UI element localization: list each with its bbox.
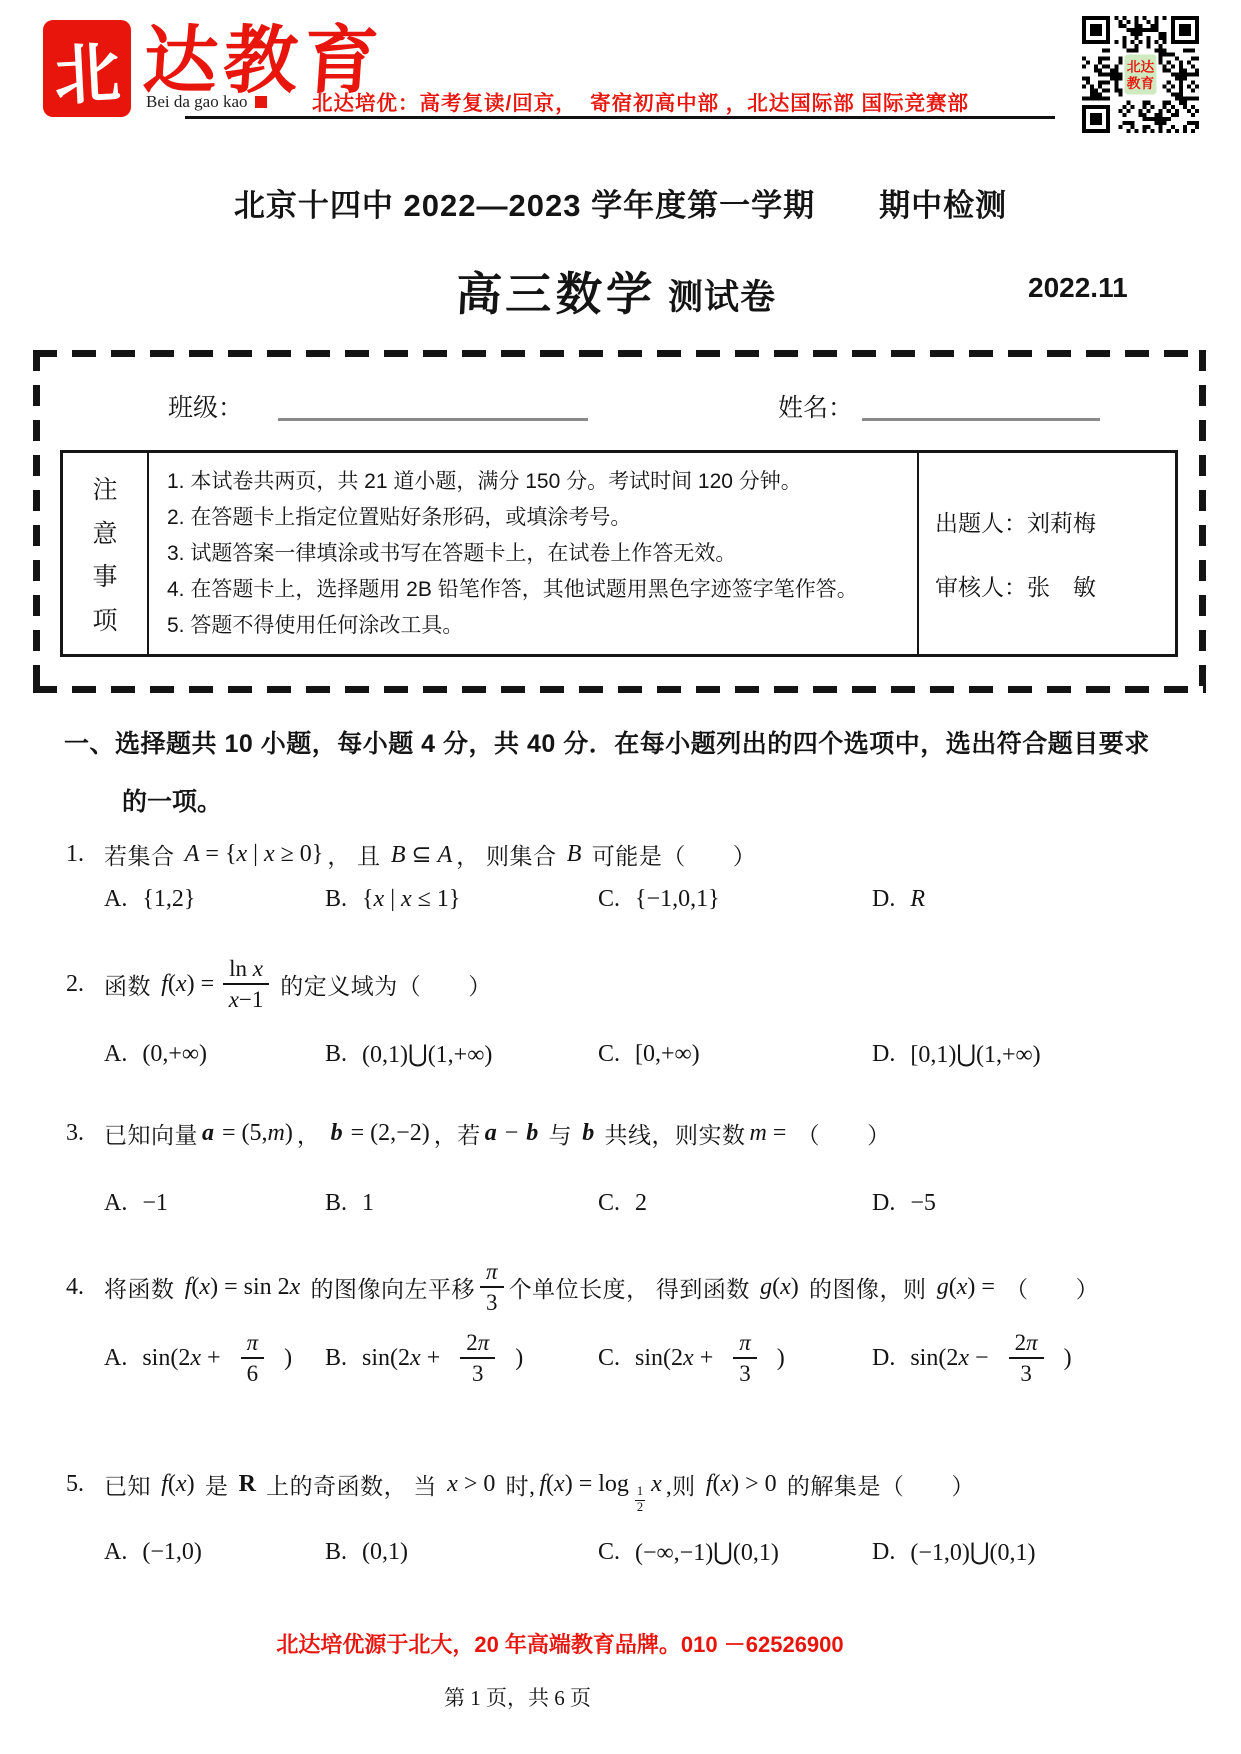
option-label: D. <box>872 886 895 913</box>
option-a: A.(0,+∞) <box>104 1041 325 1068</box>
stem-text: 函数 <box>104 968 157 1001</box>
math-expression: ) <box>1064 1345 1072 1372</box>
question-number: 2. <box>66 971 104 998</box>
math-expression: −1 <box>142 1190 168 1217</box>
math-expression: f(x) <box>161 1471 194 1498</box>
math-expression: 1 <box>362 1190 374 1217</box>
question-stem: 5.已知 f(x) 是 R 上的奇函数， 当 x > 0 时,f(x) = lo… <box>66 1438 1196 1530</box>
option-label: D. <box>872 1041 895 1068</box>
notice-char: 项 <box>92 601 117 637</box>
math-expression: = (5,m) <box>222 1120 293 1147</box>
option-a: A.−1 <box>104 1190 325 1217</box>
header-slogan: 北达培优：高考复读/回京， 寄宿初高中部 ，北达国际部 国际竞赛部 <box>312 86 969 116</box>
stem-text: 是 <box>199 1468 235 1501</box>
stem-text: 若集合 <box>104 838 181 871</box>
option-label: A. <box>104 1041 127 1068</box>
option-label: D. <box>872 1190 895 1217</box>
course-name: 高三数学 <box>454 258 657 324</box>
question-number: 5. <box>66 1471 104 1498</box>
stem-text: 的图像，则 <box>803 1271 933 1304</box>
exam-date: 2022.11 <box>1028 272 1128 304</box>
vector-symbol: a <box>202 1120 214 1147</box>
option-label: C. <box>598 1041 620 1068</box>
option-d: D.R <box>872 886 1196 913</box>
dashed-border-right <box>1199 350 1206 693</box>
math-expression: (0,1)⋃(1,+∞) <box>362 1040 492 1069</box>
option-b: B.1 <box>325 1190 598 1217</box>
header-divider <box>185 116 1055 119</box>
option-b: B.{x | x ≤ 1} <box>325 886 598 913</box>
stem-text: 时, <box>499 1468 535 1501</box>
math-expression: f(x) = log <box>539 1471 629 1498</box>
option-b: B.sin(2x +2π3) <box>325 1330 598 1387</box>
question-3: 3.已知向量a= (5,m)， b= (2,−2)，若a−b 与 b 共线，则实… <box>66 1112 1196 1217</box>
math-expression: g(x) = <box>937 1274 995 1301</box>
options-row: A.(−1,0)B.(0,1)C.(−∞,−1)⋃(0,1)D.(−1,0)⋃(… <box>66 1538 1196 1567</box>
exam-title: 北京十四中 2022—2023 学年度第一学期 期中检测 <box>0 180 1241 225</box>
stem-text: 已知 <box>104 1468 157 1501</box>
vector-symbol: b <box>526 1120 538 1147</box>
fraction: π3 <box>733 1330 757 1387</box>
stem-text: 的解集是（ ） <box>781 1468 975 1501</box>
math-expression: A = {x | x ≥ 0} <box>185 841 324 868</box>
class-blank-line <box>278 418 588 421</box>
page-footer: 第 1 页，共 6 页 <box>0 1682 1035 1712</box>
option-label: B. <box>325 1345 347 1372</box>
note-item-1: 1. 本试卷共两页，共 21 道小题，满分 150 分。考试时间 120 分钟。 <box>167 464 899 500</box>
question-number: 1. <box>66 841 104 868</box>
question-5: 5.已知 f(x) 是 R 上的奇函数， 当 x > 0 时,f(x) = lo… <box>66 1438 1196 1567</box>
question-1: 1.若集合 A = {x | x ≥ 0}， 且 B ⊆ A， 则集合 B 可能… <box>66 833 1196 913</box>
math-expression: sin(2x + <box>362 1345 440 1372</box>
math-expression: 2 <box>635 1190 647 1217</box>
stem-text: 的定义域为（ ） <box>274 968 492 1001</box>
option-c: C.[0,+∞) <box>598 1041 872 1068</box>
option-label: A. <box>104 1539 127 1566</box>
fraction: π6 <box>241 1330 265 1387</box>
math-expression: sin(2x − <box>910 1345 988 1372</box>
name-label: 姓名： <box>778 388 853 424</box>
option-d: D.(−1,0)⋃(0,1) <box>872 1538 1196 1567</box>
option-label: A. <box>104 1345 127 1372</box>
question-2: 2.函数 f(x) =ln xx−1 的定义域为（ ）A.(0,+∞)B.(0,… <box>66 938 1196 1069</box>
math-expression: f(x) > 0 <box>706 1471 777 1498</box>
option-b: B.(0,1)⋃(1,+∞) <box>325 1040 598 1069</box>
option-label: C. <box>598 886 620 913</box>
vector-symbol: b <box>331 1120 343 1147</box>
math-expression: {x | x ≤ 1} <box>362 886 460 913</box>
option-d: D.−5 <box>872 1190 1196 1217</box>
option-c: C.2 <box>598 1190 872 1217</box>
stem-text: ，若 <box>434 1117 481 1150</box>
brand-subtext: Bei da gao kao <box>146 92 267 112</box>
setter-name: 出题人：刘莉梅 <box>935 505 1175 538</box>
question-stem: 4.将函数 f(x) = sin 2x 的图像向左平移π3个单位长度， 得到函数… <box>66 1248 1196 1326</box>
math-expression: −5 <box>910 1190 936 1217</box>
options-row: A.{1,2}B.{x | x ≤ 1}C.{−1,0,1}D.R <box>66 886 1196 913</box>
stem-text: 个单位长度， 得到函数 <box>509 1271 757 1304</box>
math-expression: m = <box>749 1120 786 1147</box>
svg-text:北达: 北达 <box>1127 59 1155 75</box>
brand-pinyin: Bei da gao kao <box>146 92 248 112</box>
dashed-border-bottom <box>33 686 1206 693</box>
stem-text: ,则 <box>666 1468 702 1501</box>
notice-char: 意 <box>92 514 117 550</box>
fraction: π3 <box>480 1259 504 1316</box>
option-label: B. <box>325 1539 347 1566</box>
math-expression: x > 0 <box>447 1471 495 1498</box>
question-stem: 2.函数 f(x) =ln xx−1 的定义域为（ ） <box>66 938 1196 1030</box>
option-label: A. <box>104 1190 127 1217</box>
fraction: 12 <box>635 1485 645 1515</box>
exam-staff: 出题人：刘莉梅 审核人：张 敏 <box>919 453 1175 654</box>
option-label: A. <box>104 886 127 913</box>
notice-list: 1. 本试卷共两页，共 21 道小题，满分 150 分。考试时间 120 分钟。… <box>149 453 919 654</box>
option-label: B. <box>325 1041 347 1068</box>
question-4: 4.将函数 f(x) = sin 2x 的图像向左平移π3个单位长度， 得到函数… <box>66 1248 1196 1387</box>
stem-text: 上的奇函数， 当 <box>260 1468 443 1501</box>
option-a: A.sin(2x +π6) <box>104 1330 325 1387</box>
fraction: 2π3 <box>1009 1330 1044 1387</box>
option-a: A.(−1,0) <box>104 1539 325 1566</box>
note-item-2: 2. 在答题卡上指定位置贴好条形码，或填涂考号。 <box>167 500 899 536</box>
math-expression: (0,1) <box>362 1539 408 1566</box>
paper-type: 测试卷 <box>668 270 776 320</box>
option-label: B. <box>325 886 347 913</box>
section-header-line1: 一、选择题共 10 小题，每小题 4 分，共 40 分．在每小题列出的四个选项中… <box>64 724 1150 760</box>
brand-stamp-logo: 北 <box>45 22 129 115</box>
math-expression: {1,2} <box>142 886 195 913</box>
stem-text: （ ） <box>999 1271 1099 1304</box>
fraction: 2π3 <box>460 1330 495 1387</box>
option-label: B. <box>325 1190 347 1217</box>
math-expression: sin(2x + <box>635 1345 713 1372</box>
math-expression: ) <box>284 1345 292 1372</box>
stem-text: 已知向量 <box>104 1117 198 1150</box>
option-d: D.[0,1)⋃(1,+∞) <box>872 1040 1196 1069</box>
vector-symbol: a <box>485 1120 497 1147</box>
math-expression: f(x) = sin 2x <box>185 1274 301 1301</box>
option-c: C.{−1,0,1} <box>598 886 872 913</box>
option-a: A.{1,2} <box>104 886 325 913</box>
options-row: A.−1B.1C.2D.−5 <box>66 1190 1196 1217</box>
stem-text: ， 则集合 <box>456 838 563 871</box>
option-d: D.sin(2x −2π3) <box>872 1330 1196 1387</box>
math-expression: (−1,0)⋃(0,1) <box>910 1538 1035 1567</box>
stem-text: ， <box>297 1117 327 1150</box>
exam-page: 北 达教育 Bei da gao kao 北达培优：高考复读/回京， 寄宿初高中… <box>0 0 1241 1754</box>
option-c: C.sin(2x +π3) <box>598 1330 872 1387</box>
math-expression: [0,+∞) <box>635 1041 700 1068</box>
svg-text:教育: 教育 <box>1127 75 1155 91</box>
red-square-icon <box>255 96 267 108</box>
question-stem: 3.已知向量a= (5,m)， b= (2,−2)，若a−b 与 b 共线，则实… <box>66 1112 1196 1154</box>
math-expression: x <box>651 1471 662 1498</box>
notice-char: 注 <box>92 470 117 506</box>
section-header-line2: 的一项。 <box>122 782 222 818</box>
question-stem: 1.若集合 A = {x | x ≥ 0}， 且 B ⊆ A， 则集合 B 可能… <box>66 833 1196 875</box>
footer-promo: 北达培优源于北大，20 年高端教育品牌。010 －62526900 <box>0 1628 1120 1659</box>
math-expression: R <box>910 886 925 913</box>
stamp-character: 北 <box>52 19 123 117</box>
math-expression: ) <box>777 1345 785 1372</box>
name-blank-line <box>862 418 1100 421</box>
option-c: C.(−∞,−1)⋃(0,1) <box>598 1538 872 1567</box>
stem-text: （ ） <box>790 1117 890 1150</box>
stem-text: ， 且 <box>327 838 387 871</box>
stem-text: 与 <box>542 1117 578 1150</box>
class-label: 班级： <box>168 388 243 424</box>
notice-table: 注 意 事 项 1. 本试卷共两页，共 21 道小题，满分 150 分。考试时间… <box>60 450 1178 657</box>
math-expression: (−1,0) <box>142 1539 202 1566</box>
options-row: A.sin(2x +π6)B.sin(2x +2π3)C.sin(2x +π3)… <box>66 1330 1196 1387</box>
math-expression: {−1,0,1} <box>635 886 720 913</box>
math-expression: g(x) <box>760 1274 799 1301</box>
notice-char: 事 <box>92 557 117 593</box>
math-expression: B ⊆ A <box>391 840 452 869</box>
math-expression: B <box>567 841 582 868</box>
math-expression: (0,+∞) <box>142 1041 207 1068</box>
reviewer-name: 审核人：张 敏 <box>935 569 1175 602</box>
options-row: A.(0,+∞)B.(0,1)⋃(1,+∞)C.[0,+∞)D.[0,1)⋃(1… <box>66 1040 1196 1069</box>
stem-text: 的图像向左平移 <box>304 1271 475 1304</box>
option-label: C. <box>598 1190 620 1217</box>
math-expression: f(x) = <box>161 971 214 998</box>
fraction: ln xx−1 <box>223 956 269 1013</box>
option-b: B.(0,1) <box>325 1539 598 1566</box>
option-label: D. <box>872 1345 895 1372</box>
stem-text: 可能是（ ） <box>585 838 756 871</box>
math-expression: (−∞,−1)⋃(0,1) <box>635 1538 779 1567</box>
stem-text: 共线，则实数 <box>598 1117 745 1150</box>
note-item-3: 3. 试题答案一律填涂或书写在答题卡上，在试卷上作答无效。 <box>167 536 899 572</box>
note-item-5: 5. 答题不得使用任何涂改工具。 <box>167 608 899 644</box>
dashed-border-top <box>33 350 1206 357</box>
vector-symbol: b <box>582 1120 594 1147</box>
notice-title-vertical: 注 意 事 项 <box>63 453 149 654</box>
question-number: 3. <box>66 1120 104 1147</box>
note-item-4: 4. 在答题卡上，选择题用 2B 铅笔作答，其他试题用黑色字迹签字笔作答。 <box>167 572 899 608</box>
math-expression: [0,1)⋃(1,+∞) <box>910 1040 1040 1069</box>
question-number: 4. <box>66 1274 104 1301</box>
math-expression: sin(2x + <box>142 1345 220 1372</box>
option-label: C. <box>598 1345 620 1372</box>
qr-code: 北达教育 <box>1082 16 1199 133</box>
math-expression: − <box>505 1120 519 1147</box>
option-label: D. <box>872 1539 895 1566</box>
dashed-border-left <box>33 350 40 693</box>
option-label: C. <box>598 1539 620 1566</box>
stem-text: 将函数 <box>104 1271 181 1304</box>
math-expression: = (2,−2) <box>351 1120 430 1147</box>
real-number-symbol: R <box>239 1471 256 1498</box>
math-expression: ) <box>515 1345 523 1372</box>
